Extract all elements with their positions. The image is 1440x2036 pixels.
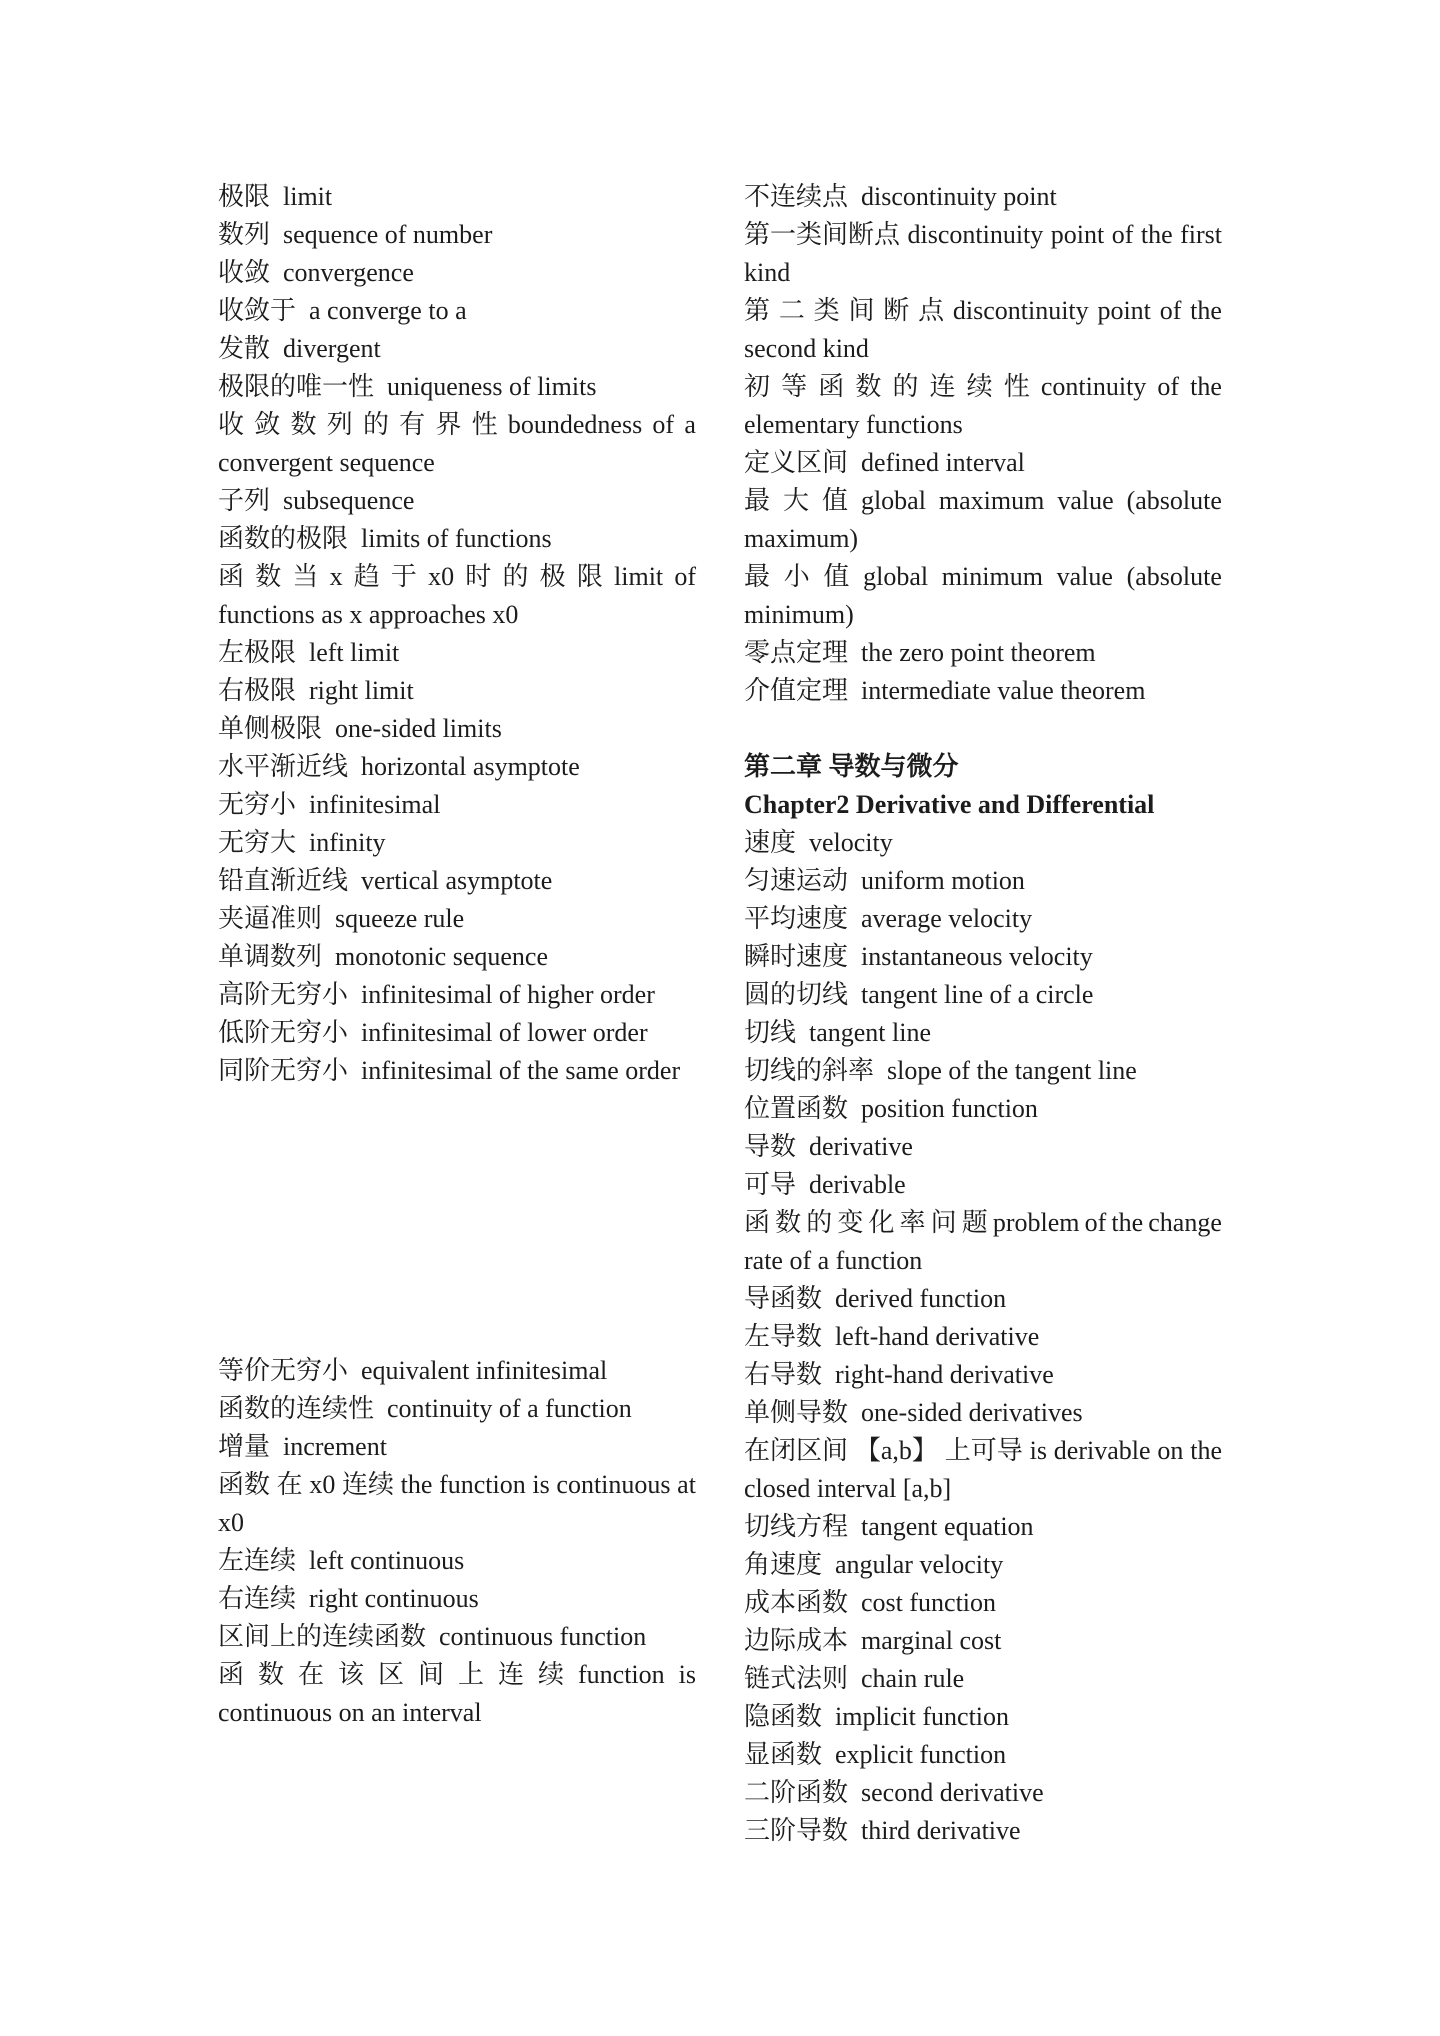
glossary-token: 化 xyxy=(868,1204,894,1242)
glossary-token: the xyxy=(1190,1432,1222,1470)
glossary-token: 数 xyxy=(290,406,316,444)
glossary-token: 间 xyxy=(418,1656,444,1694)
glossary-token: of xyxy=(1085,1204,1107,1242)
glossary-token: function xyxy=(578,1656,665,1694)
glossary-token: 于 xyxy=(391,558,417,596)
glossary-token: 率 xyxy=(900,1204,926,1242)
glossary-token: 的 xyxy=(363,406,389,444)
glossary-token: 第一类间断点 xyxy=(744,216,900,254)
glossary-line: 瞬时速度 instantaneous velocity xyxy=(744,938,1222,976)
glossary-line: maximum) xyxy=(744,520,1222,558)
glossary-line: 位置函数 position function xyxy=(744,1090,1222,1128)
glossary-token: of xyxy=(652,406,674,444)
glossary-line: minimum) xyxy=(744,596,1222,634)
glossary-line: convergent sequence xyxy=(218,444,696,482)
glossary-token: 点 xyxy=(918,292,944,330)
glossary-line: 隐函数 implicit function xyxy=(744,1698,1222,1736)
glossary-line: rate of a function xyxy=(744,1242,1222,1280)
glossary-token: 二 xyxy=(779,292,805,330)
glossary-token: the xyxy=(1111,1204,1143,1242)
glossary-token: discontinuity xyxy=(908,216,1044,254)
glossary-line: continuous on an interval xyxy=(218,1694,696,1732)
glossary-line: 单调数列 monotonic sequence xyxy=(218,938,696,976)
glossary-token: of xyxy=(1157,368,1179,406)
glossary-token: the xyxy=(1141,216,1173,254)
glossary-token: 趋 xyxy=(354,558,380,596)
glossary-token: 性 xyxy=(472,406,498,444)
glossary-token: point xyxy=(1097,292,1150,330)
glossary-token: 函 xyxy=(218,1656,244,1694)
glossary-token: 的 xyxy=(892,368,918,406)
glossary-token: boundedness xyxy=(508,406,642,444)
glossary-line: 切线的斜率 slope of the tangent line xyxy=(744,1052,1222,1090)
glossary-line: 第二类间断点discontinuitypointofthe xyxy=(744,292,1222,330)
glossary-token: 函 xyxy=(744,1204,770,1242)
glossary-token: 变 xyxy=(837,1204,863,1242)
glossary-line: 函数当x趋于x0时的极限limitof xyxy=(218,558,696,596)
glossary-line: 初等函数的连续性continuityofthe xyxy=(744,368,1222,406)
glossary-token: 的 xyxy=(806,1204,832,1242)
blank-line xyxy=(744,710,1222,748)
glossary-line: 单侧极限 one-sided limits xyxy=(218,710,696,748)
glossary-line: 角速度 angular velocity xyxy=(744,1546,1222,1584)
glossary-token: 大 xyxy=(783,482,809,520)
glossary-token: value xyxy=(1057,558,1113,596)
glossary-token: 函数 xyxy=(218,1466,270,1504)
glossary-token: on xyxy=(1157,1432,1183,1470)
glossary-line: 无穷小 infinitesimal xyxy=(218,786,696,824)
glossary-token: 当 xyxy=(292,558,318,596)
glossary-line: 等价无穷小 equivalent infinitesimal xyxy=(218,1352,696,1390)
glossary-token: x0 xyxy=(428,558,454,596)
glossary-token: 连续 xyxy=(342,1466,394,1504)
glossary-line: 链式法则 chain rule xyxy=(744,1660,1222,1698)
glossary-token: the xyxy=(1190,292,1222,330)
glossary-token: continuity xyxy=(1041,368,1146,406)
glossary-line: 高阶无穷小 infinitesimal of higher order xyxy=(218,976,696,1014)
glossary-line: 在闭区间【a,b】上可导isderivableonthe xyxy=(744,1432,1222,1470)
glossary-token: 列 xyxy=(327,406,353,444)
right-column: 不连续点 discontinuity point第一类间断点discontinu… xyxy=(744,178,1222,1850)
glossary-token: 限 xyxy=(577,558,603,596)
glossary-token: 值 xyxy=(823,558,849,596)
glossary-token: x xyxy=(330,558,343,596)
glossary-line: 函数的连续性 continuity of a function xyxy=(218,1390,696,1428)
glossary-token: 数 xyxy=(775,1204,801,1242)
glossary-token: 间 xyxy=(848,292,874,330)
glossary-line: 平均速度 average velocity xyxy=(744,900,1222,938)
glossary-line: 数列 sequence of number xyxy=(218,216,696,254)
glossary-token: 数 xyxy=(855,368,881,406)
glossary-token: 连 xyxy=(930,368,956,406)
glossary-token: 【a,b】 xyxy=(855,1432,938,1470)
glossary-token: first xyxy=(1180,216,1222,254)
glossary-line: 收敛于 a converge to a xyxy=(218,292,696,330)
glossary-line: 低阶无穷小 infinitesimal of lower order xyxy=(218,1014,696,1052)
glossary-token: 问 xyxy=(931,1204,957,1242)
glossary-line: 右连续 right continuous xyxy=(218,1580,696,1618)
glossary-line: 速度 velocity xyxy=(744,824,1222,862)
glossary-token: maximum xyxy=(939,482,1044,520)
glossary-token: continuous xyxy=(556,1466,670,1504)
glossary-token: 在闭区间 xyxy=(744,1432,848,1470)
glossary-token: 收 xyxy=(218,406,244,444)
glossary-token: is xyxy=(1030,1432,1047,1470)
glossary-token: 函 xyxy=(818,368,844,406)
glossary-token: of xyxy=(1160,292,1182,330)
glossary-token: the xyxy=(401,1466,433,1504)
glossary-line: closed interval [a,b] xyxy=(744,1470,1222,1508)
document-page: 极限 limit数列 sequence of number收敛 converge… xyxy=(0,0,1440,2036)
glossary-line: second kind xyxy=(744,330,1222,368)
glossary-token: is xyxy=(679,1656,696,1694)
glossary-token: 上 xyxy=(458,1656,484,1694)
glossary-line: 导数 derivative xyxy=(744,1128,1222,1166)
glossary-token: 敛 xyxy=(254,406,280,444)
glossary-token: 断 xyxy=(883,292,909,330)
glossary-token: x0 xyxy=(309,1466,335,1504)
glossary-line: 收敛数列的有界性boundednessofa xyxy=(218,406,696,444)
glossary-line: 发散 divergent xyxy=(218,330,696,368)
glossary-line: 定义区间 defined interval xyxy=(744,444,1222,482)
glossary-token: of xyxy=(674,558,696,596)
glossary-token: at xyxy=(677,1466,696,1504)
glossary-token: 界 xyxy=(435,406,461,444)
glossary-line: 二阶函数 second derivative xyxy=(744,1774,1222,1812)
glossary-line: x0 xyxy=(218,1504,696,1542)
glossary-token: of xyxy=(1112,216,1134,254)
glossary-token: 小 xyxy=(784,558,810,596)
glossary-token: (absolute xyxy=(1127,558,1222,596)
glossary-line: 导函数 derived function xyxy=(744,1280,1222,1318)
glossary-token: function xyxy=(439,1466,526,1504)
glossary-line: 水平渐近线 horizontal asymptote xyxy=(218,748,696,786)
glossary-token: 时 xyxy=(465,558,491,596)
glossary-line: 切线方程 tangent equation xyxy=(744,1508,1222,1546)
glossary-token: the xyxy=(1190,368,1222,406)
glossary-line: 子列 subsequence xyxy=(218,482,696,520)
glossary-token: 连 xyxy=(498,1656,524,1694)
glossary-line: 单侧导数 one-sided derivatives xyxy=(744,1394,1222,1432)
glossary-line: 右极限 right limit xyxy=(218,672,696,710)
glossary-line: elementary functions xyxy=(744,406,1222,444)
glossary-token: 函 xyxy=(218,558,244,596)
glossary-token: value xyxy=(1057,482,1113,520)
glossary-line: 成本函数 cost function xyxy=(744,1584,1222,1622)
glossary-line: 显函数 explicit function xyxy=(744,1736,1222,1774)
glossary-line: 极限的唯一性 uniqueness of limits xyxy=(218,368,696,406)
glossary-token: 数 xyxy=(255,558,281,596)
glossary-token: 等 xyxy=(781,368,807,406)
glossary-token: 续 xyxy=(967,368,993,406)
chapter-heading: Chapter2 Derivative and Differential xyxy=(744,786,1222,824)
glossary-token: 类 xyxy=(814,292,840,330)
glossary-line: 第一类间断点discontinuitypointofthefirst xyxy=(744,216,1222,254)
glossary-line: 函数的变化率问题problemofthechange xyxy=(744,1204,1222,1242)
glossary-line: functions as x approaches x0 xyxy=(218,596,696,634)
glossary-line: 左极限 left limit xyxy=(218,634,696,672)
glossary-token: 上可导 xyxy=(945,1432,1023,1470)
glossary-token: global xyxy=(863,558,928,596)
glossary-token: 极 xyxy=(540,558,566,596)
glossary-line: 介值定理 intermediate value theorem xyxy=(744,672,1222,710)
glossary-token: 数 xyxy=(258,1656,284,1694)
glossary-token: 最 xyxy=(744,558,770,596)
glossary-token: 在 xyxy=(298,1656,324,1694)
glossary-line: 切线 tangent line xyxy=(744,1014,1222,1052)
glossary-line: 可导 derivable xyxy=(744,1166,1222,1204)
glossary-token: 性 xyxy=(1004,368,1030,406)
glossary-line: 最大值globalmaximumvalue(absolute xyxy=(744,482,1222,520)
glossary-line: 边际成本 marginal cost xyxy=(744,1622,1222,1660)
glossary-line: 夹逼准则 squeeze rule xyxy=(218,900,696,938)
glossary-line: 收敛 convergence xyxy=(218,254,696,292)
glossary-line: 函数在该区间上连续functionis xyxy=(218,1656,696,1694)
glossary-line: 左连续 left continuous xyxy=(218,1542,696,1580)
glossary-token: 有 xyxy=(399,406,425,444)
glossary-line: 三阶导数 third derivative xyxy=(744,1812,1222,1850)
glossary-token: 在 xyxy=(277,1466,303,1504)
glossary-line: kind xyxy=(744,254,1222,292)
glossary-token: change xyxy=(1148,1204,1222,1242)
glossary-token: global xyxy=(861,482,926,520)
glossary-token: discontinuity xyxy=(953,292,1089,330)
glossary-token: problem xyxy=(993,1204,1080,1242)
glossary-token: 值 xyxy=(822,482,848,520)
glossary-token: derivable xyxy=(1054,1432,1151,1470)
glossary-token: 续 xyxy=(538,1656,564,1694)
glossary-token: 该 xyxy=(338,1656,364,1694)
chapter-heading: 第二章 导数与微分 xyxy=(744,748,1222,786)
glossary-token: a xyxy=(684,406,696,444)
glossary-line: 无穷大 infinity xyxy=(218,824,696,862)
glossary-line: 圆的切线 tangent line of a circle xyxy=(744,976,1222,1014)
glossary-line: 左导数 left-hand derivative xyxy=(744,1318,1222,1356)
glossary-token: point xyxy=(1051,216,1104,254)
glossary-token: is xyxy=(532,1466,549,1504)
glossary-token: 最 xyxy=(744,482,770,520)
glossary-line: 零点定理 the zero point theorem xyxy=(744,634,1222,672)
glossary-token: 的 xyxy=(502,558,528,596)
glossary-token: minimum xyxy=(942,558,1043,596)
glossary-line: 函数在x0连续thefunctioniscontinuousat xyxy=(218,1466,696,1504)
left-column: 极限 limit数列 sequence of number收敛 converge… xyxy=(218,178,696,1732)
glossary-line: 匀速运动 uniform motion xyxy=(744,862,1222,900)
glossary-token: 区 xyxy=(378,1656,404,1694)
glossary-token: (absolute xyxy=(1127,482,1222,520)
glossary-line: 增量 increment xyxy=(218,1428,696,1466)
glossary-line: 不连续点 discontinuity point xyxy=(744,178,1222,216)
glossary-line: 铅直渐近线 vertical asymptote xyxy=(218,862,696,900)
glossary-line: 极限 limit xyxy=(218,178,696,216)
glossary-token: 题 xyxy=(962,1204,988,1242)
glossary-token: limit xyxy=(614,558,663,596)
glossary-token: 初 xyxy=(744,368,770,406)
left-column-block2: 等价无穷小 equivalent infinitesimal函数的连续性 con… xyxy=(218,1352,696,1732)
left-column-block1: 极限 limit数列 sequence of number收敛 converge… xyxy=(218,178,696,1090)
glossary-line: 区间上的连续函数 continuous function xyxy=(218,1618,696,1656)
glossary-line: 函数的极限 limits of functions xyxy=(218,520,696,558)
glossary-line: 右导数 right-hand derivative xyxy=(744,1356,1222,1394)
glossary-line: 同阶无穷小 infinitesimal of the same order xyxy=(218,1052,696,1090)
glossary-line: 最小值globalminimumvalue(absolute xyxy=(744,558,1222,596)
glossary-token: 第 xyxy=(744,292,770,330)
